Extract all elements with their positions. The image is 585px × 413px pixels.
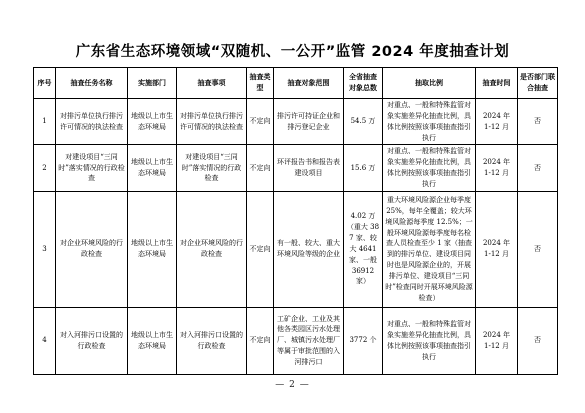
cell-item: 对排污单位执行排污许可情况的执法检查	[177, 99, 247, 145]
cell-total: 3772 个	[344, 307, 383, 374]
header-cell-scope: 抽查对象范围	[274, 68, 344, 99]
header-cell-task: 抽查任务名称	[56, 68, 128, 99]
cell-ratio: 重大环境风险源企业每季度 25%，每年全覆盖；较大环境风险源每季度 12.5%；…	[383, 191, 476, 307]
cell-total: 15.6 万	[344, 145, 383, 191]
header-cell-department: 实施部门	[128, 68, 177, 99]
cell-item: 对建设项目“三同时”落实情况的行政检查	[177, 145, 247, 191]
cell-total: 54.5 万	[344, 99, 383, 145]
cell-task: 对入河排污口设置的行政检查	[56, 307, 128, 374]
table-header-row: 序号 抽查任务名称 实施部门 抽查事项 抽查类型 抽查对象范围 全省抽查对象总数…	[34, 68, 558, 99]
cell-joint: 否	[518, 145, 558, 191]
cell-type: 不定向	[247, 145, 274, 191]
header-cell-item: 抽查事项	[177, 68, 247, 99]
page-title: 广东省生态环境领域“双随机、一公开”监管 2024 年度抽查计划	[0, 0, 585, 61]
cell-joint: 否	[518, 99, 558, 145]
cell-task: 对企业环境风险的行政检查	[56, 191, 128, 307]
cell-time: 2024 年 1-12 月	[476, 99, 518, 145]
inspection-plan-table: 序号 抽查任务名称 实施部门 抽查事项 抽查类型 抽查对象范围 全省抽查对象总数…	[33, 67, 558, 375]
cell-ratio: 对重点、一般和特殊监管对象实施差异化抽查比例，具体比例按照该事项抽查指引执行	[383, 145, 476, 191]
cell-joint: 否	[518, 191, 558, 307]
header-cell-joint: 是否部门联合抽查	[518, 68, 558, 99]
cell-department: 地级以上市生态环境局	[128, 99, 177, 145]
cell-item: 对企业环境风险的行政检查	[177, 191, 247, 307]
cell-time: 2024 年 1-12 月	[476, 191, 518, 307]
table-row: 1 对排污单位执行排污许可情况的执法检查 地级以上市生态环境局 对排污单位执行排…	[34, 99, 558, 145]
cell-no: 4	[34, 307, 56, 374]
cell-no: 2	[34, 145, 56, 191]
table-row: 3 对企业环境风险的行政检查 地级以上市生态环境局 对企业环境风险的行政检查 不…	[34, 191, 558, 307]
cell-item: 对入河排污口设置的行政检查	[177, 307, 247, 374]
table-row: 2 对建设项目“三同时”落实情况的行政检查 地级以上市生态环境局 对建设项目“三…	[34, 145, 558, 191]
cell-no: 1	[34, 99, 56, 145]
cell-department: 地级以上市生态环境局	[128, 307, 177, 374]
cell-task: 对建设项目“三同时”落实情况的行政检查	[56, 145, 128, 191]
header-cell-no: 序号	[34, 68, 56, 99]
cell-scope: 有一般、较大、重大环境风险等级的企业	[274, 191, 344, 307]
cell-total: 4.02 万（重大 387 家、较大 4641 家、一般 36912 家）	[344, 191, 383, 307]
cell-type: 不定向	[247, 191, 274, 307]
document-page: 广东省生态环境领域“双随机、一公开”监管 2024 年度抽查计划 序号 抽查任务…	[0, 0, 585, 413]
cell-task: 对排污单位执行排污许可情况的执法检查	[56, 99, 128, 145]
cell-ratio: 对重点、一般和特殊监管对象实施差异化抽查比例，具体比例按照该事项抽查指引执行	[383, 99, 476, 145]
cell-time: 2024 年 1-12 月	[476, 307, 518, 374]
cell-time: 2024 年 1-12 月	[476, 145, 518, 191]
cell-scope: 排污许可持证企业和排污登记企业	[274, 99, 344, 145]
cell-scope: 工矿企业、工业及其他各类园区污水处理厂、城镇污水处理厂等属于审批范围的入河排污口	[274, 307, 344, 374]
header-cell-type: 抽查类型	[247, 68, 274, 99]
cell-type: 不定向	[247, 307, 274, 374]
table-row: 4 对入河排污口设置的行政检查 地级以上市生态环境局 对入河排污口设置的行政检查…	[34, 307, 558, 374]
cell-joint: 否	[518, 307, 558, 374]
cell-no: 3	[34, 191, 56, 307]
header-cell-total: 全省抽查对象总数	[344, 68, 383, 99]
cell-ratio: 对重点、一般和特殊监管对象实施差异化抽查比例，具体比例按照该事项抽查指引执行	[383, 307, 476, 374]
cell-department: 地级以上市生态环境局	[128, 145, 177, 191]
cell-type: 不定向	[247, 99, 274, 145]
header-cell-time: 抽查时间	[476, 68, 518, 99]
header-cell-ratio: 抽取比例	[383, 68, 476, 99]
cell-scope: 环评报告书和报告表建设项目	[274, 145, 344, 191]
cell-department: 地级以上市生态环境局	[128, 191, 177, 307]
page-number: — 2 —	[0, 380, 585, 390]
